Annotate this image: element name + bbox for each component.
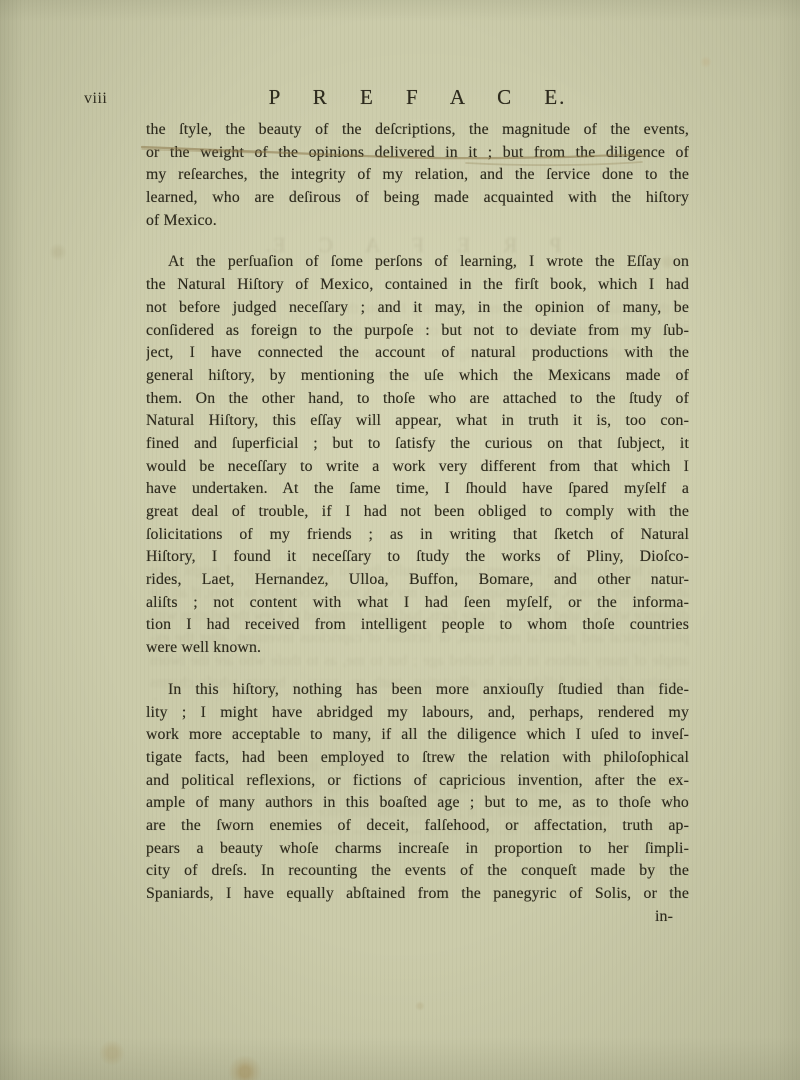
text-line: city of dreſs. In recounting the events … bbox=[146, 860, 689, 883]
text-line: fined and ſuperficial ; but to ſatisfy t… bbox=[146, 433, 689, 456]
text-line: ample of many authors in this boaſted ag… bbox=[146, 792, 689, 815]
text-line: have undertaken. At the ſame time, I ſho… bbox=[146, 478, 689, 501]
text-line: ſolicitations of my friends ; as in writ… bbox=[146, 524, 689, 547]
paragraph: the ſtyle, the beauty of the deſcription… bbox=[146, 119, 689, 232]
scanned-book-page: P R E F A C E. At the perſuaſion of ſome… bbox=[0, 0, 800, 1080]
text-line: general hiſtory, by mentioning the uſe w… bbox=[146, 365, 689, 388]
paragraph-gap bbox=[146, 232, 689, 251]
text-line: work more acceptable to many, if all the… bbox=[146, 724, 689, 747]
text-line: would be neceſſary to write a work very … bbox=[146, 456, 689, 479]
text-line: In this hiſtory, nothing has been more a… bbox=[146, 679, 689, 702]
page-number: viii bbox=[84, 90, 107, 108]
text-line: and political reflexions, or fictions of… bbox=[146, 770, 689, 793]
paragraph: At the perſuaſion of ſome perſons of lea… bbox=[146, 251, 689, 659]
text-line: were well known. bbox=[146, 637, 689, 660]
text-line: ject, I have connected the account of na… bbox=[146, 342, 689, 365]
text-line: great deal of trouble, if I had not been… bbox=[146, 501, 689, 524]
text-line: Natural Hiſtory, this eſſay will appear,… bbox=[146, 410, 689, 433]
text-line: the ſtyle, the beauty of the deſcription… bbox=[146, 119, 689, 142]
text-line: tigate facts, had been employed to ſtrew… bbox=[146, 747, 689, 770]
text-line: At the perſuaſion of ſome perſons of lea… bbox=[146, 251, 689, 274]
text-line: them. On the other hand, to thoſe who ar… bbox=[146, 388, 689, 411]
text-line: lity ; I might have abridged my labours,… bbox=[146, 702, 689, 725]
catchword: in- bbox=[146, 906, 689, 929]
body-text: the ſtyle, the beauty of the deſcription… bbox=[146, 119, 689, 928]
text-line: Hiſtory, I found it neceſſary to ſtudy t… bbox=[146, 546, 689, 569]
text-line: the Natural Hiſtory of Mexico, contained… bbox=[146, 274, 689, 297]
text-line: my reſearches, the integrity of my relat… bbox=[146, 164, 689, 187]
text-line-struck: or the weight of the opinions delivered … bbox=[146, 142, 689, 165]
text-line: rides, Laet, Hernandez, Ulloa, Buffon, B… bbox=[146, 569, 689, 592]
text-line: conſidered as foreign to the purpoſe : b… bbox=[146, 320, 689, 343]
running-head-title: P R E F A C E. bbox=[146, 85, 689, 110]
text-line: are the ſworn enemies of deceit, falſeho… bbox=[146, 815, 689, 838]
text-line: aliſts ; not content with what I had ſee… bbox=[146, 592, 689, 615]
text-line: Spaniards, I have equally abſtained from… bbox=[146, 883, 689, 906]
text-line: of Mexico. bbox=[146, 210, 689, 233]
text-line: learned, who are deſirous of being made … bbox=[146, 187, 689, 210]
text-line: not before judged neceſſary ; and it may… bbox=[146, 297, 689, 320]
text-line: pears a beauty whoſe charms increaſe in … bbox=[146, 838, 689, 861]
text-line: tion I had received from intelligent peo… bbox=[146, 614, 689, 637]
paragraph: In this hiſtory, nothing has been more a… bbox=[146, 679, 689, 906]
paragraph-gap bbox=[146, 660, 689, 679]
